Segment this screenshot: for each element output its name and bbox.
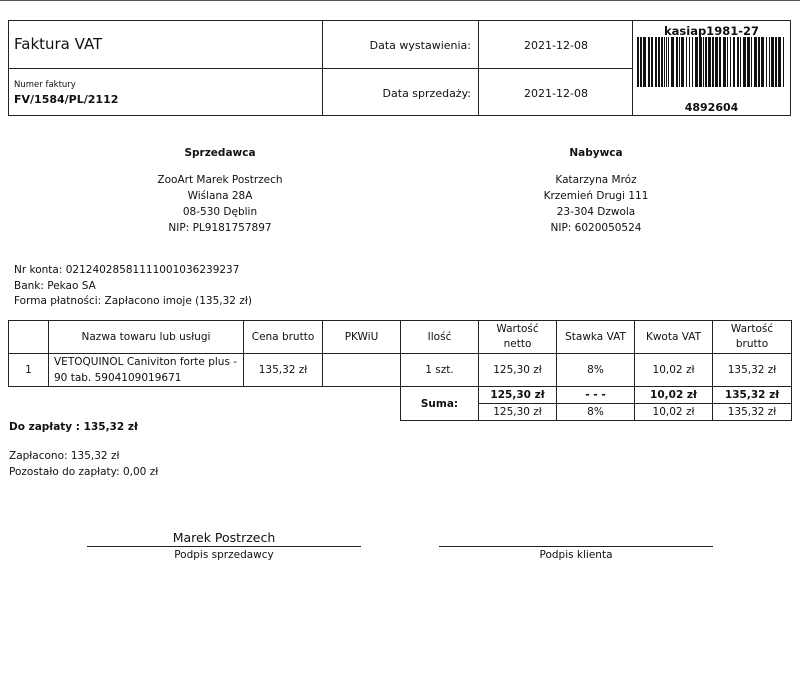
col-qty: Ilość bbox=[401, 321, 479, 354]
payment-info: Nr konta: 02124028581111001036239237 Ban… bbox=[14, 263, 252, 310]
col-pkwiu: PKWiU bbox=[323, 321, 401, 354]
seller-nip: NIP: PL9181757897 bbox=[100, 220, 340, 236]
invoice-number: FV/1584/PL/2112 bbox=[14, 93, 118, 106]
signature-line bbox=[439, 546, 713, 547]
buyer-name: Katarzyna Mróz bbox=[476, 172, 716, 188]
col-vat-amount: Kwota VAT bbox=[635, 321, 713, 354]
seller-street: Wiślana 28A bbox=[100, 188, 340, 204]
seller-name: ZooArt Marek Postrzech bbox=[100, 172, 340, 188]
barcode-label: kasiap1981-27 bbox=[633, 24, 790, 38]
page-top-border bbox=[0, 0, 800, 1]
item-price-gross: 135,32 zł bbox=[244, 354, 323, 387]
sum-vat-amount: 10,02 zł bbox=[635, 387, 713, 404]
buyer-block: Nabywca Katarzyna Mróz Krzemień Drugi 11… bbox=[476, 145, 716, 236]
col-lp bbox=[9, 321, 49, 354]
issue-date: 2021-12-08 bbox=[479, 39, 633, 52]
amount-remaining: Pozostało do zapłaty: 0,00 zł bbox=[9, 464, 158, 480]
buyer-street: Krzemień Drugi 111 bbox=[476, 188, 716, 204]
bank-account: Nr konta: 02124028581111001036239237 bbox=[14, 263, 252, 279]
sum-label: Suma: bbox=[401, 387, 479, 421]
divider bbox=[9, 68, 632, 69]
col-gross: Wartość brutto bbox=[713, 321, 792, 354]
item-name: VETOQUINOL Caniviton forte plus - 90 tab… bbox=[49, 354, 244, 387]
client-signature: Podpis klienta bbox=[439, 530, 713, 561]
client-signature-name bbox=[439, 530, 713, 546]
rate-vat-amount: 10,02 zł bbox=[635, 404, 713, 421]
sale-date-label: Data sprzedaży: bbox=[383, 87, 471, 100]
seller-signature-name: Marek Postrzech bbox=[87, 530, 361, 546]
bank-name: Bank: Pekao SA bbox=[14, 279, 252, 295]
buyer-city: 23-304 Dzwola bbox=[476, 204, 716, 220]
invoice-header: Faktura VAT Numer faktury FV/1584/PL/211… bbox=[8, 20, 791, 116]
seller-block: Sprzedawca ZooArt Marek Postrzech Wiślan… bbox=[100, 145, 340, 236]
item-pkwiu bbox=[323, 354, 401, 387]
buyer-nip: NIP: 6020050524 bbox=[476, 220, 716, 236]
client-signature-label: Podpis klienta bbox=[439, 549, 713, 561]
rate-net: 125,30 zł bbox=[479, 404, 557, 421]
barcode-number: 4892604 bbox=[633, 101, 790, 114]
col-net: Wartość netto bbox=[479, 321, 557, 354]
sale-date: 2021-12-08 bbox=[479, 87, 633, 100]
table-header-row: Nazwa towaru lub usługi Cena brutto PKWi… bbox=[9, 321, 792, 354]
col-vat-rate: Stawka VAT bbox=[557, 321, 635, 354]
seller-city: 08-530 Dęblin bbox=[100, 204, 340, 220]
sum-total-row: Suma: 125,30 zł - - - 10,02 zł 135,32 zł bbox=[9, 387, 792, 404]
amount-to-pay: Do zapłaty : 135,32 zł bbox=[9, 421, 138, 433]
amount-paid: Zapłacono: 135,32 zł bbox=[9, 448, 158, 464]
seller-heading: Sprzedawca bbox=[100, 145, 340, 161]
item-qty: 1 szt. bbox=[401, 354, 479, 387]
item-vat-amount: 10,02 zł bbox=[635, 354, 713, 387]
item-lp: 1 bbox=[9, 354, 49, 387]
table-row: 1 VETOQUINOL Caniviton forte plus - 90 t… bbox=[9, 354, 792, 387]
invoice-number-label: Numer faktury bbox=[14, 80, 76, 90]
document-title: Faktura VAT bbox=[14, 35, 102, 53]
item-vat-rate: 8% bbox=[557, 354, 635, 387]
items-table: Nazwa towaru lub usługi Cena brutto PKWi… bbox=[8, 320, 792, 421]
barcode: kasiap1981-27 4892604 bbox=[633, 21, 790, 115]
sum-net: 125,30 zł bbox=[479, 387, 557, 404]
barcode-bars-icon bbox=[637, 37, 786, 87]
seller-signature-label: Podpis sprzedawcy bbox=[87, 549, 361, 561]
col-price-gross: Cena brutto bbox=[244, 321, 323, 354]
payment-method: Forma płatności: Zapłacono imoje (135,32… bbox=[14, 294, 252, 310]
sum-by-rate-row: 125,30 zł 8% 10,02 zł 135,32 zł bbox=[9, 404, 792, 421]
payment-summary: Zapłacono: 135,32 zł Pozostało do zapłat… bbox=[9, 448, 158, 480]
item-net: 125,30 zł bbox=[479, 354, 557, 387]
rate-vat-rate: 8% bbox=[557, 404, 635, 421]
sum-vat-rate: - - - bbox=[557, 387, 635, 404]
sum-gross: 135,32 zł bbox=[713, 387, 792, 404]
issue-date-label: Data wystawienia: bbox=[370, 39, 471, 52]
seller-signature: Marek Postrzech Podpis sprzedawcy bbox=[87, 530, 361, 561]
item-gross: 135,32 zł bbox=[713, 354, 792, 387]
col-name: Nazwa towaru lub usługi bbox=[49, 321, 244, 354]
signature-line bbox=[87, 546, 361, 547]
rate-gross: 135,32 zł bbox=[713, 404, 792, 421]
buyer-heading: Nabywca bbox=[476, 145, 716, 161]
